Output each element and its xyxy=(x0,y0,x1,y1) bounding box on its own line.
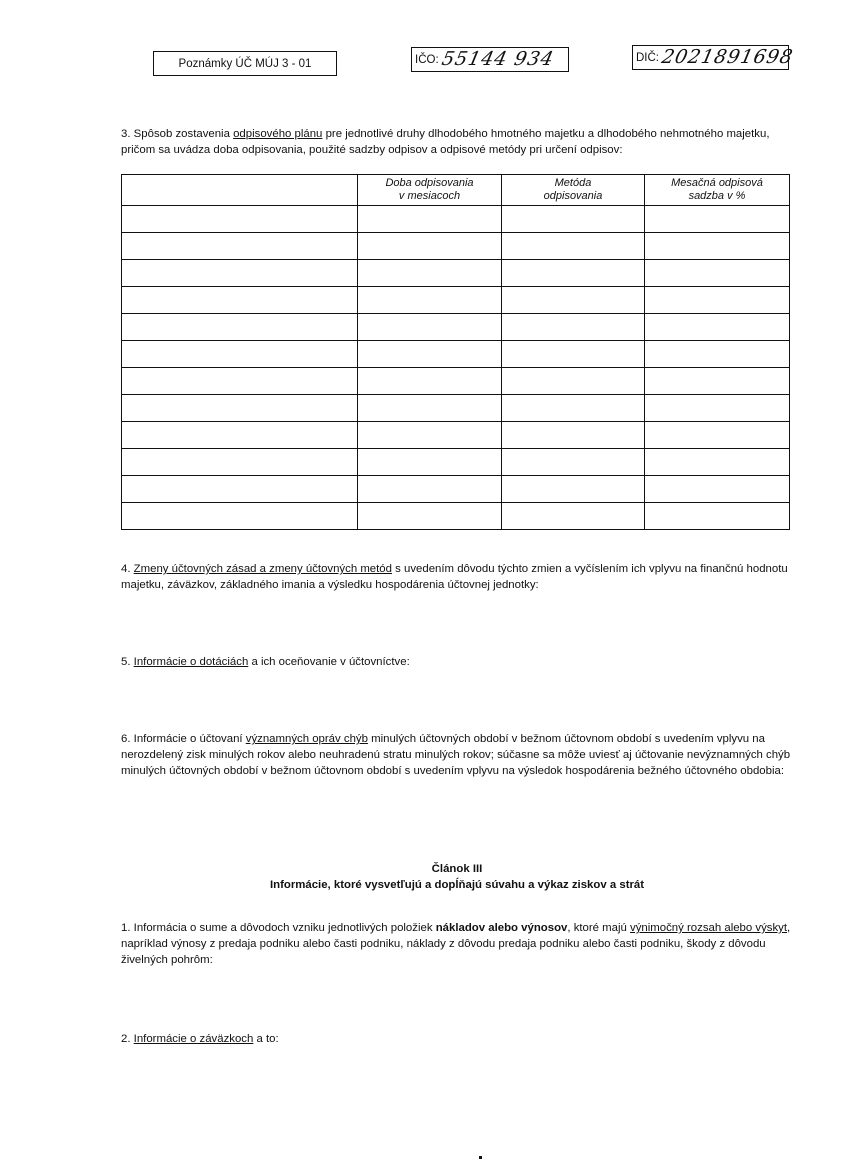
table-cell[interactable] xyxy=(502,260,645,287)
table-cell[interactable] xyxy=(502,422,645,449)
table-cell[interactable] xyxy=(502,395,645,422)
section-4-underlined-term: Zmeny účtovných zásad a zmeny účtovných … xyxy=(134,563,392,575)
table-cell[interactable] xyxy=(645,476,790,503)
section-3-text: 3. Spôsob zostavenia odpisového plánu pr… xyxy=(121,126,793,158)
table-row xyxy=(122,233,790,260)
table-cell[interactable] xyxy=(502,503,645,530)
table-row xyxy=(122,395,790,422)
table-cell[interactable] xyxy=(122,233,358,260)
table-cell[interactable] xyxy=(122,260,358,287)
article-3-item-2-underlined-term: Informácie o záväzkoch xyxy=(134,1033,254,1045)
form-code-box: Poznámky ÚČ MÚJ 3 - 01 xyxy=(153,51,337,76)
article-3-item-1-text: 1. Informácia o sume a dôvodoch vzniku j… xyxy=(121,920,793,968)
table-cell[interactable] xyxy=(645,260,790,287)
table-cell[interactable] xyxy=(502,476,645,503)
table-cell[interactable] xyxy=(645,503,790,530)
ico-label: IČO: xyxy=(415,54,439,66)
table-row xyxy=(122,368,790,395)
section-5-text: 5. Informácie o dotáciách a ich oceňovan… xyxy=(121,654,793,670)
table-cell[interactable] xyxy=(358,206,502,233)
table-cell[interactable] xyxy=(645,206,790,233)
section-3-underlined-term: odpisového plánu xyxy=(233,128,322,140)
table-row xyxy=(122,341,790,368)
table-cell[interactable] xyxy=(645,449,790,476)
table-row xyxy=(122,503,790,530)
scan-speck xyxy=(479,1156,482,1159)
table-cell[interactable] xyxy=(502,233,645,260)
table-cell[interactable] xyxy=(645,341,790,368)
table-header-cell: Metódaodpisovania xyxy=(502,175,645,206)
table-cell[interactable] xyxy=(358,314,502,341)
section-5-underlined-term: Informácie o dotáciách xyxy=(134,656,249,668)
table-cell[interactable] xyxy=(358,422,502,449)
table-cell[interactable] xyxy=(122,341,358,368)
table-cell[interactable] xyxy=(358,449,502,476)
table-row xyxy=(122,422,790,449)
table-cell[interactable] xyxy=(122,287,358,314)
table-cell[interactable] xyxy=(645,314,790,341)
table-cell[interactable] xyxy=(358,341,502,368)
ico-field[interactable]: IČO: 55144 934 xyxy=(411,47,569,72)
table-cell[interactable] xyxy=(122,476,358,503)
table-cell[interactable] xyxy=(645,395,790,422)
table-cell[interactable] xyxy=(358,476,502,503)
article-3-item-2-text: 2. Informácie o záväzkoch a to: xyxy=(121,1031,793,1047)
table-header-cell: Mesačná odpisovásadzba v % xyxy=(645,175,790,206)
table-row xyxy=(122,449,790,476)
table-cell[interactable] xyxy=(122,395,358,422)
table-cell[interactable] xyxy=(502,206,645,233)
article-subtitle: Informácie, ktoré vysvetľujú a dopĺňajú … xyxy=(121,877,793,893)
table-cell[interactable] xyxy=(645,233,790,260)
table-header-cell: Doba odpisovaniav mesiacoch xyxy=(358,175,502,206)
section-4-text: 4. Zmeny účtovných zásad a zmeny účtovný… xyxy=(121,561,793,593)
table-row xyxy=(122,287,790,314)
table-cell[interactable] xyxy=(358,287,502,314)
table-cell[interactable] xyxy=(502,368,645,395)
table-cell[interactable] xyxy=(122,503,358,530)
table-cell[interactable] xyxy=(358,233,502,260)
table-cell[interactable] xyxy=(645,422,790,449)
table-cell[interactable] xyxy=(122,422,358,449)
table-header-cell xyxy=(122,175,358,206)
table-cell[interactable] xyxy=(122,449,358,476)
table-row xyxy=(122,260,790,287)
table-cell[interactable] xyxy=(502,314,645,341)
table-cell[interactable] xyxy=(358,260,502,287)
table-cell[interactable] xyxy=(122,368,358,395)
article-3-item-1-underlined-term: výnimočný rozsah alebo výskyt xyxy=(630,922,787,934)
table-cell[interactable] xyxy=(122,206,358,233)
table-cell[interactable] xyxy=(122,314,358,341)
table-cell[interactable] xyxy=(502,287,645,314)
table-cell[interactable] xyxy=(358,368,502,395)
article-3-item-1-bold-term: nákladov alebo výnosov xyxy=(436,922,568,934)
dic-value: 2021891698 xyxy=(660,48,795,67)
table-row xyxy=(122,314,790,341)
section-6-text: 6. Informácie o účtovaní významných oprá… xyxy=(121,731,793,779)
table-cell[interactable] xyxy=(645,368,790,395)
table-row xyxy=(122,476,790,503)
dic-field[interactable]: DIČ: 2021891698 xyxy=(632,45,789,70)
ico-value: 55144 934 xyxy=(440,50,556,69)
table-cell[interactable] xyxy=(502,341,645,368)
depreciation-plan-table: Doba odpisovaniav mesiacochMetódaodpisov… xyxy=(121,174,790,530)
dic-label: DIČ: xyxy=(636,52,659,64)
table-cell[interactable] xyxy=(358,395,502,422)
section-6-underlined-term: významných opráv chýb xyxy=(246,733,368,745)
table-row xyxy=(122,206,790,233)
article-title: Článok III xyxy=(121,861,793,877)
table-cell[interactable] xyxy=(358,503,502,530)
table-cell[interactable] xyxy=(645,287,790,314)
form-code-label: Poznámky ÚČ MÚJ 3 - 01 xyxy=(179,58,312,70)
table-cell[interactable] xyxy=(502,449,645,476)
